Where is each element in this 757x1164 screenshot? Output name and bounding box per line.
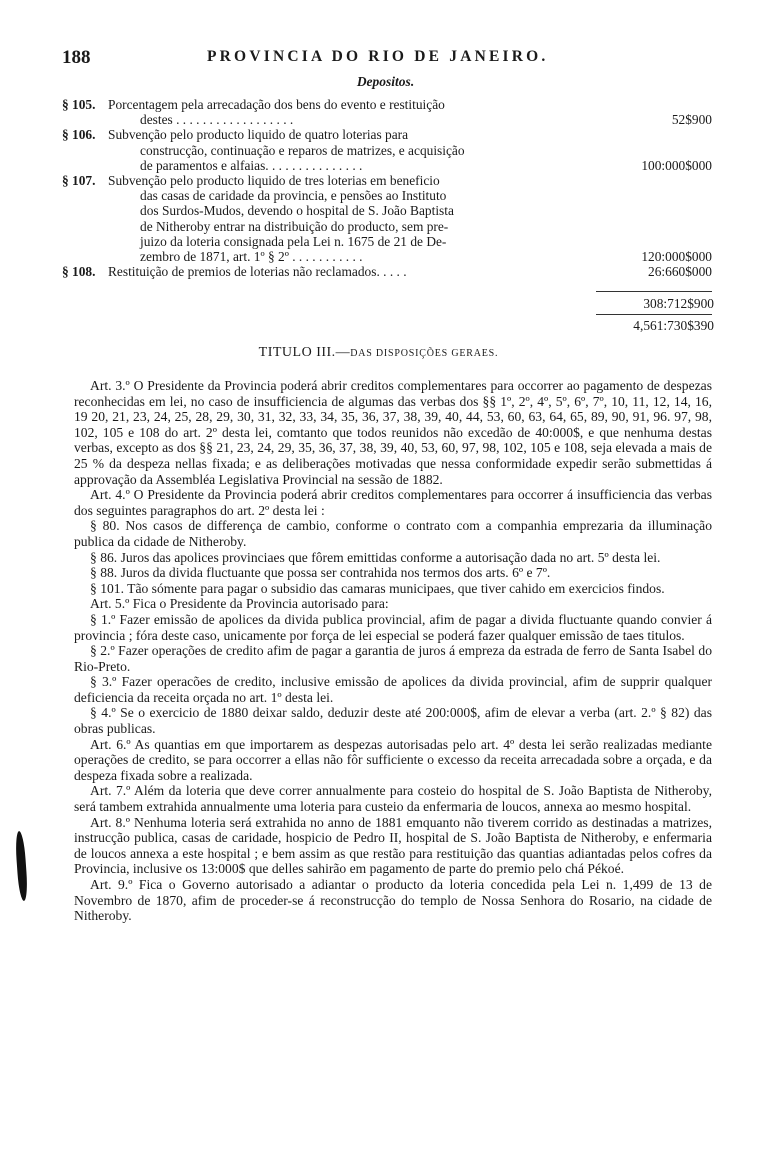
article-art-3: Art. 3.º O Presidente da Provincia poder… <box>74 378 712 487</box>
paragraph-s80: § 80. Nos casos de differença de cambio,… <box>74 518 712 549</box>
item-amount: 26:660$000 <box>648 264 712 279</box>
title-main: TITULO III.— <box>259 345 351 360</box>
articles-body: Art. 3.º O Presidente da Provincia poder… <box>74 378 712 924</box>
title-smallcaps: DAS DISPOSIÇÕES GERAES. <box>350 348 498 359</box>
article-art-9: Art. 9.º Fica o Governo autorisado a adi… <box>74 877 712 924</box>
article-art-6: Art. 6.º As quantias em que importarem a… <box>74 737 712 784</box>
section-number: § 105. <box>62 97 95 112</box>
article-art-8: Art. 8.º Nenhuma loteria será extrahida … <box>74 815 712 877</box>
sum-rule <box>596 291 712 292</box>
paragraph-s2: § 2.º Fazer operações de credito afim de… <box>74 643 712 674</box>
item-line: Restituição de premios de loterias não r… <box>108 264 528 279</box>
paragraph-s1: § 1.º Fazer emissão de apolices da divid… <box>74 612 712 643</box>
item-line: juizo da loteria consignada pela Lei n. … <box>108 234 528 249</box>
sum-rule <box>596 314 712 315</box>
paragraph-s101: § 101. Tão sómente para pagar o subsidio… <box>74 581 712 597</box>
title-heading: TITULO III.—DAS DISPOSIÇÕES GERAES. <box>0 345 757 361</box>
item-line: Porcentagem pela arrecadação dos bens do… <box>108 97 528 112</box>
subtitle-text: Depositos. <box>357 74 414 89</box>
item-amount: 52$900 <box>672 112 712 127</box>
budget-item: § 106. Subvenção pelo producto liquido d… <box>62 127 712 173</box>
page-header: 188 PROVINCIA DO RIO DE JANEIRO. <box>62 47 712 71</box>
budget-item: § 105. Porcentagem pela arrecadação dos … <box>62 97 712 127</box>
section-number: § 108. <box>62 264 95 279</box>
document-page: 188 PROVINCIA DO RIO DE JANEIRO. Deposit… <box>0 0 757 1164</box>
item-line: dos Surdos-Mudos, devendo o hospital de … <box>108 203 528 218</box>
article-art-5: Art. 5.º Fica o Presidente da Provincia … <box>74 596 712 612</box>
article-art-4: Art. 4.º O Presidente da Provincia poder… <box>74 487 712 518</box>
item-line: de paramentos e alfaias. . . . . . . . .… <box>108 158 528 173</box>
budget-item: § 107. Subvenção pelo producto liquido d… <box>62 173 712 264</box>
item-amount: 120:000$000 <box>641 249 712 264</box>
item-line: das casas de caridade da provincia, e pe… <box>108 188 528 203</box>
margin-ink-mark <box>15 831 29 901</box>
paragraph-s3: § 3.º Fazer operacões de credito, inclus… <box>74 674 712 705</box>
section-subtitle: Depositos. <box>0 73 757 91</box>
item-amount: 100:000$000 <box>641 158 712 173</box>
item-line: Subvenção pelo producto liquido de tres … <box>108 173 528 188</box>
page-number: 188 <box>62 47 91 69</box>
grand-total: 4,561:730$390 <box>590 318 714 334</box>
budget-item: § 108. Restituição de premios de loteria… <box>62 264 712 279</box>
item-line: construcção, continuação e reparos de ma… <box>108 143 528 158</box>
section-number: § 107. <box>62 173 95 188</box>
subtotal: 308:712$900 <box>590 296 714 312</box>
item-line: de Nitheroby entrar na distribuição do p… <box>108 219 528 234</box>
article-art-7: Art. 7.º Além da loteria que deve correr… <box>74 783 712 814</box>
item-line: destes . . . . . . . . . . . . . . . . .… <box>108 112 528 127</box>
item-line: zembro de 1871, art. 1º § 2º . . . . . .… <box>108 249 528 264</box>
section-number: § 106. <box>62 127 95 142</box>
budget-list: § 105. Porcentagem pela arrecadação dos … <box>62 97 712 279</box>
item-line: Subvenção pelo producto liquido de quatr… <box>108 127 528 142</box>
paragraph-s88: § 88. Juros da divida fluctuante que pos… <box>74 565 712 581</box>
running-title: PROVINCIA DO RIO DE JANEIRO. <box>207 48 549 66</box>
paragraph-s4: § 4.º Se o exercicio de 1880 deixar sald… <box>74 705 712 736</box>
paragraph-s86: § 86. Juros das apolices provinciaes que… <box>74 550 712 566</box>
